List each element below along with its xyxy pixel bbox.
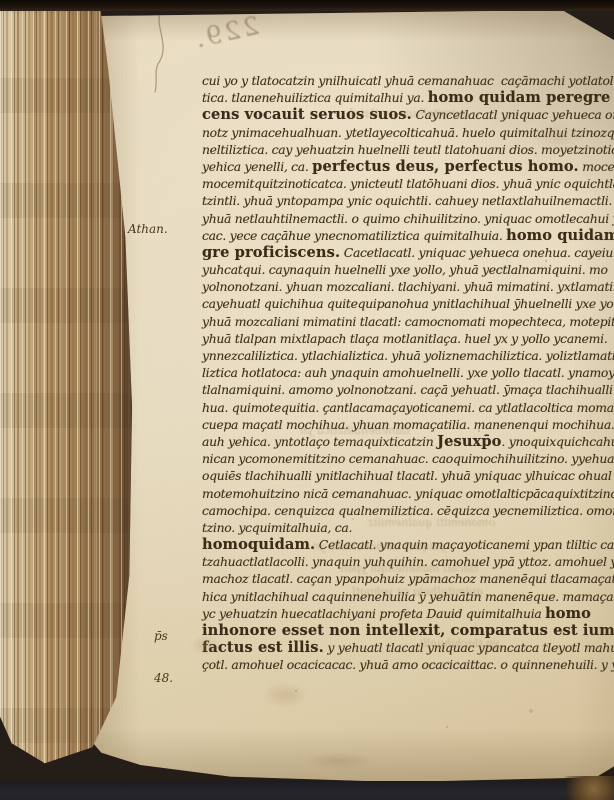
- manuscript-line: yc yehuatzin huecatlachiyani profeta Dau…: [202, 605, 614, 622]
- manuscript-line: gre proficiscens. Cacetlacatl. yniquac y…: [202, 244, 614, 261]
- manuscript-line: tica. tlanenehuiliztica quimitalhui ya. …: [202, 89, 614, 106]
- manuscript-line: inhonore esset non intellexit, comparatu…: [202, 622, 614, 639]
- manuscript-text-block: cui yo y tlatocatzin ynilhuicatl yhuā ce…: [202, 72, 614, 674]
- nahuatl-text-run: yehica yenelli, ca.: [202, 159, 312, 174]
- nahuatl-text-run: tzino. ycquimitalhuia, ca.: [202, 520, 352, 535]
- showthrough-text-line: yniquac cemanahuac yn: [312, 540, 446, 553]
- latin-quote-run: perfectus deus, perfectus homo.: [312, 158, 578, 175]
- manuscript-line: yuhcatqui. caynaquin huelnelli yxe yollo…: [202, 261, 614, 278]
- manuscript-line: factus est illis. y yehuatl tlacatl yniq…: [202, 639, 614, 656]
- showthrough-page-number: 229.: [190, 11, 262, 54]
- manuscript-photo: 229. quimitalhuia yn tlatoltlanenehuiliz…: [0, 0, 614, 800]
- nahuatl-text-run: mocemacitzinoticatca: [579, 159, 614, 174]
- book-fore-edge-pages: [0, 8, 132, 774]
- nahuatl-text-run: tica. tlanenehuiliztica quimitalhui ya.: [202, 90, 428, 105]
- manuscript-line: yehica yenelli, ca. perfectus deus, perf…: [202, 158, 614, 175]
- nahuatl-text-run: neltiliztica. cay yehuatzin huelnelli te…: [202, 142, 614, 157]
- page-stain: [304, 752, 374, 770]
- nahuatl-text-run: liztica hotlatoca: auh ynaquin amohuelne…: [202, 365, 614, 380]
- showthrough-text-line: tlanenehuiliztica yn: [300, 424, 410, 437]
- nahuatl-text-run: yuhcatqui. caynaquin huelnelli yxe yollo…: [202, 262, 608, 277]
- manuscript-line: tzintli. yhuā yntopampa ynic oquichtli. …: [202, 192, 614, 209]
- nahuatl-text-run: çotl. amohuel ocacicacac. yhuā amo ocaci…: [202, 657, 614, 672]
- manuscript-line: cayehuatl quichihua quitequipanohua ynit…: [202, 295, 614, 312]
- manuscript-line: yhuā tlalpan mixtlapach tlaça motlanitla…: [202, 330, 614, 347]
- margin-note-athanasius: Athan.: [128, 222, 168, 236]
- latin-quote-run: homoquidam.: [202, 536, 315, 553]
- manuscript-line: ynnezcaliliztica. ytlachializtica. yhuā …: [202, 347, 614, 364]
- latin-quote-run: inhonore esset non intellexit, comparatu…: [202, 622, 614, 639]
- manuscript-line: yhuā mozcaliani mimatini tlacatl: camocn…: [202, 313, 614, 330]
- nahuatl-text-run: Cacetlacatl. yniquac yehueca onehua. cay…: [340, 245, 614, 260]
- nahuatl-text-run: hua. quimotequitia. çantlacamaçayoticane…: [202, 400, 614, 415]
- latin-quote-run: homo: [545, 605, 591, 622]
- manuscript-line: cui yo y tlatocatzin ynilhuicatl yhuā ce…: [202, 72, 614, 89]
- nahuatl-text-run: cayehuatl quichihua quitequipanohua ynit…: [202, 296, 614, 311]
- nahuatl-text-run: ynnezcaliliztica. ytlachializtica. yhuā …: [202, 348, 614, 363]
- manuscript-line: liztica hotlatoca: auh ynaquin amohuelne…: [202, 364, 614, 381]
- nahuatl-text-run: yhuā netlauhtilnemactli. o quimo chihuil…: [202, 211, 614, 226]
- nahuatl-text-run: tlalnamiquini. amomo yolnonotzani. caçā …: [202, 382, 614, 397]
- ink-squiggle-mark: [148, 6, 178, 96]
- nahuatl-text-run: yhuā tlalpan mixtlapach tlaça motlanitla…: [202, 331, 607, 346]
- nahuatl-text-run: mocemitquitzinoticatca. ynicteutl tlatōh…: [202, 176, 614, 191]
- manuscript-line: cac. yece caçāhue ynecnomatiliztica quim…: [202, 227, 614, 244]
- nahuatl-text-run: yolnonotzani. yhuan mozcaliani. tlachiya…: [202, 279, 614, 294]
- manuscript-line: tlalnamiquini. amomo yolnonotzani. caçā …: [202, 381, 614, 398]
- manuscript-line: notz ynimacehualhuan. ytetlayecolticahuā…: [202, 124, 614, 141]
- margin-note-psalm-48: p̄s 48.: [154, 601, 177, 713]
- showthrough-text-line: tlacatl manenenqui ypan: [340, 562, 478, 575]
- latin-quote-run: gre proficiscens.: [202, 244, 340, 261]
- nahuatl-text-run: motemohuitzino nicā cemanahuac. yniquac …: [202, 486, 614, 501]
- showthrough-text-line: yn tlachihualli: [420, 637, 499, 650]
- psalm-abbreviation: p̄s: [154, 629, 177, 643]
- nahuatl-text-run: notz ynimacehualhuan. ytetlayecolticahuā…: [202, 125, 614, 140]
- photo-top-dark-edge: [0, 0, 614, 11]
- manuscript-line: çotl. amohuel ocacicacac. yhuā amo ocaci…: [202, 656, 614, 673]
- manuscript-line: yolnonotzani. yhuan mozcaliani. tlachiya…: [202, 278, 614, 295]
- latin-quote-run: homo quidam peregre proficis: [428, 89, 614, 106]
- nahuatl-text-run: nican ycomonemititzino cemanahuac. caoqu…: [202, 451, 614, 466]
- nahuatl-text-run: tzintli. yhuā yntopampa ynic oquichtli. …: [202, 193, 612, 208]
- nahuatl-text-run: yc yehuatzin huecatlachiyani profeta Dau…: [202, 606, 545, 621]
- manuscript-line: hua. quimotequitia. çantlacamaçayoticane…: [202, 399, 614, 416]
- latin-quote-run: homo quidam pere: [506, 227, 614, 244]
- showthrough-text-line: quimitalhuia ca yehuatl: [352, 585, 483, 598]
- manuscript-line: nican ycomonemititzino cemanahuac. caoqu…: [202, 450, 614, 467]
- nahuatl-text-run: yhuā mozcaliani mimatini tlacatl: camocn…: [202, 314, 614, 329]
- psalm-number: 48.: [154, 671, 177, 685]
- nahuatl-text-run: cui yo y tlatocatzin ynilhuicatl yhuā ce…: [202, 73, 613, 88]
- photo-bottom-dark-edge: [0, 781, 614, 800]
- page-stain: [262, 682, 308, 708]
- manuscript-page: 229. quimitalhuia yn tlatoltlanenehuiliz…: [90, 10, 614, 782]
- manuscript-line: neltiliztica. cay yehuatzin huelnelli te…: [202, 141, 614, 158]
- nahuatl-text-run: . ynoquixquichcahuitl.: [501, 434, 614, 449]
- showthrough-text-line: omonemiti qualnemiliz: [368, 516, 495, 529]
- book-cover-corner: [556, 776, 614, 800]
- nahuatl-text-run: cac. yece caçāhue ynecnomatiliztica quim…: [202, 228, 506, 243]
- nahuatl-text-run: oquiēs tlachihualli ynitlachihual tlacat…: [202, 468, 612, 483]
- latin-quote-run: Jesuxp̄o: [437, 433, 501, 450]
- latin-quote-run: factus est illis.: [202, 639, 324, 656]
- manuscript-line: oquiēs tlachihualli ynitlachihual tlacat…: [202, 467, 614, 484]
- showthrough-text-line: quimitalhuia yn tlatol: [350, 107, 470, 120]
- manuscript-line: motemohuitzino nicā cemanahuac. yniquac …: [202, 485, 614, 502]
- manuscript-line: mocemitquitzinoticatca. ynicteutl tlatōh…: [202, 175, 614, 192]
- manuscript-line: yhuā netlauhtilnemactli. o quimo chihuil…: [202, 210, 614, 227]
